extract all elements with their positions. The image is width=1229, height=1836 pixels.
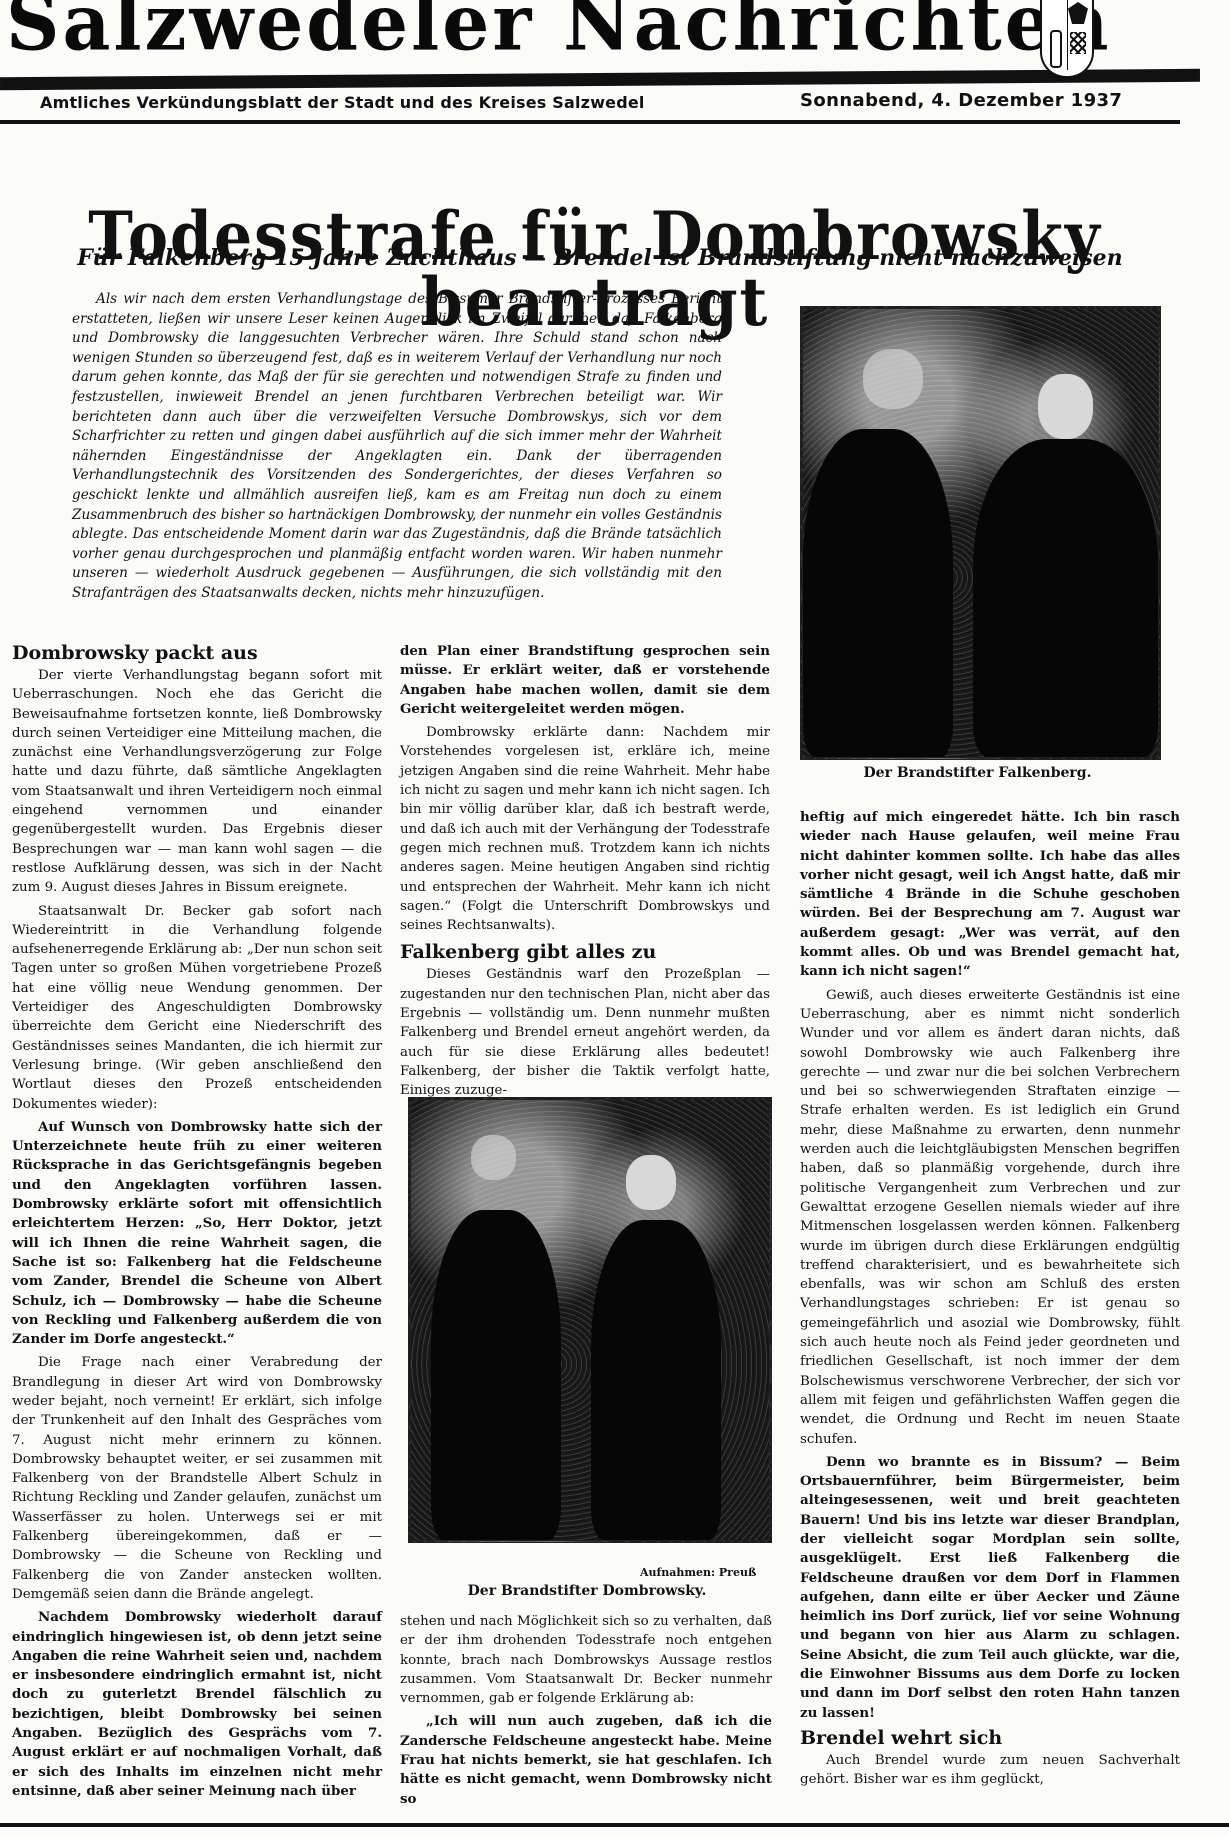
issue-date: Sonnabend, 4. Dezember 1937 [800, 90, 1122, 111]
paragraph: Die Frage nach einer Verabredung der Bra… [12, 1353, 382, 1604]
article-subheadline: Für Falkenberg 15 Jahre Zuchthaus — Bren… [70, 245, 1130, 271]
lattice-icon [1070, 32, 1086, 54]
masthead-rule [0, 69, 1200, 90]
paragraph: Dombrowsky erklärte dann: Nachdem mir Vo… [400, 723, 770, 935]
column-3: heftig auf mich eingeredet hätte. Ich bi… [800, 808, 1180, 1794]
paragraph: stehen und nach Möglichkeit sich so zu v… [400, 1612, 772, 1708]
section-heading: Dombrowsky packt aus [12, 642, 382, 664]
column-2-continued: stehen und nach Möglichkeit sich so zu v… [400, 1612, 772, 1813]
column-1: Dombrowsky packt aus Der vierte Verhandl… [12, 642, 382, 1805]
key-icon [1050, 30, 1062, 68]
coat-of-arms-icon [1040, 0, 1094, 78]
masthead: Salzwedeler Nachrichten Amtliches Verkün… [0, 0, 1229, 128]
paragraph: Auch Brendel wurde zum neuen Sachverhalt… [800, 1751, 1180, 1790]
masthead-subtitle: Amtliches Verkündungsblatt der Stadt und… [40, 93, 645, 112]
paragraph: Dieses Geständnis warf den Prozeßplan — … [400, 965, 770, 1100]
paragraph: „Ich will nun auch zugeben, daß ich die … [400, 1712, 772, 1808]
masthead-bottom-rule [0, 120, 1180, 124]
photo-caption-dombrowsky: Der Brandstifter Dombrowsky. [408, 1583, 766, 1599]
paragraph: heftig auf mich eingeredet hätte. Ich bi… [800, 808, 1180, 982]
photo-dombrowsky [408, 1097, 772, 1543]
article-lead: Als wir nach dem ersten Verhandlungstage… [72, 290, 722, 604]
paragraph: Nachdem Dombrowsky wiederholt darauf ein… [12, 1608, 382, 1801]
page-bottom-rule [0, 1823, 1229, 1827]
section-heading: Brendel wehrt sich [800, 1727, 1180, 1749]
column-2: den Plan einer Brandstiftung gesprochen … [400, 642, 770, 1105]
photo-falkenberg [800, 306, 1161, 760]
newspaper-title: Salzwedeler Nachrichten [6, 0, 1112, 62]
photo-caption-falkenberg: Der Brandstifter Falkenberg. [800, 765, 1155, 781]
eagle-icon [1068, 2, 1088, 24]
paragraph: Auf Wunsch von Dombrowsky hatte sich der… [12, 1118, 382, 1350]
paragraph: den Plan einer Brandstiftung gesprochen … [400, 642, 770, 719]
paragraph: Der vierte Verhandlungstag begann sofort… [12, 666, 382, 898]
paragraph: Gewiß, auch dieses erweiterte Geständnis… [800, 986, 1180, 1449]
paragraph: Denn wo brannte es in Bissum? — Beim Ort… [800, 1453, 1180, 1723]
photo-credit: Aufnahmen: Preuß [640, 1566, 756, 1579]
section-heading: Falkenberg gibt alles zu [400, 941, 770, 963]
paragraph: Staatsanwalt Dr. Becker gab sofort nach … [12, 902, 382, 1114]
